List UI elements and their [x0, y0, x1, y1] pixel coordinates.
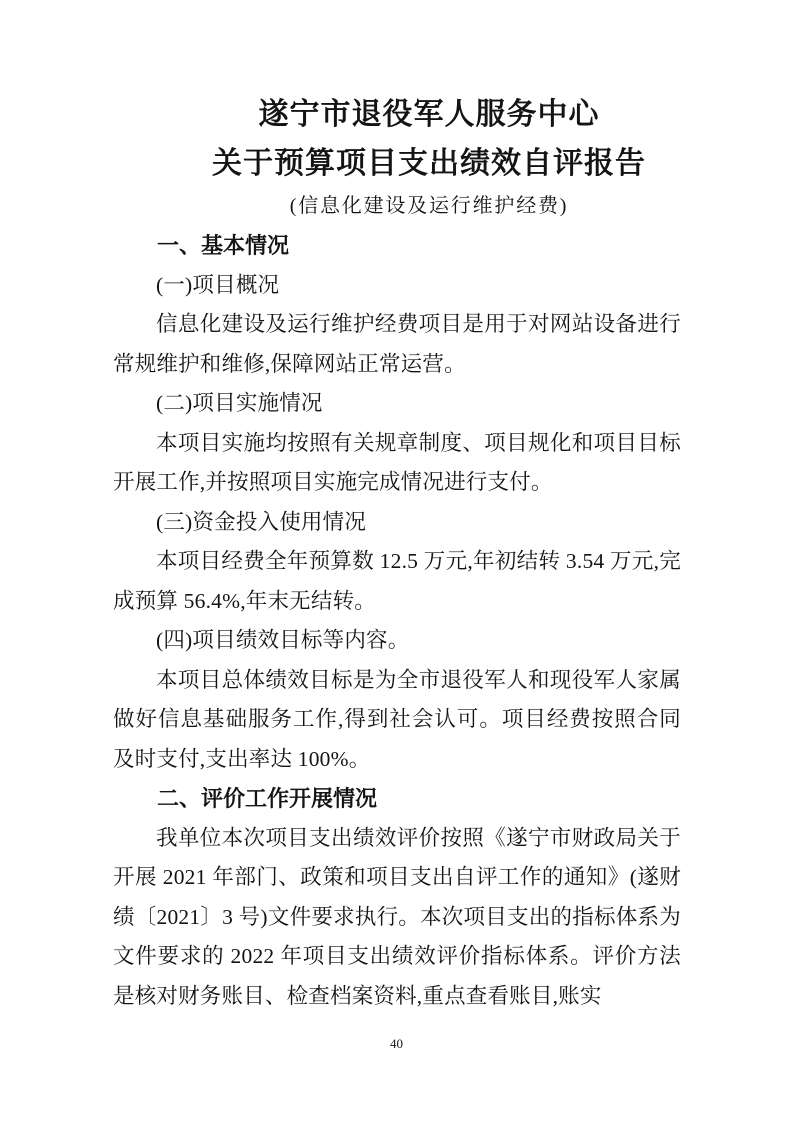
subsection-heading-fund-usage: (三)资金投入使用情况	[113, 503, 681, 543]
section-heading-evaluation-work: 二、评价工作开展情况	[113, 779, 681, 819]
section-heading-basic-situation: 一、基本情况	[113, 226, 681, 266]
paragraph-project-overview: 信息化建设及运行维护经费项目是用于对网站设备进行常规维护和维修,保障网站正常运营…	[113, 305, 681, 384]
document-page: 遂宁市退役军人服务中心 关于预算项目支出绩效自评报告 (信息化建设及运行维护经费…	[0, 0, 793, 1122]
document-title: 遂宁市退役军人服务中心 关于预算项目支出绩效自评报告	[113, 90, 681, 188]
paragraph-evaluation-work: 我单位本次项目支出绩效评价按照《遂宁市财政局关于开展 2021 年部门、政策和项…	[113, 819, 681, 1017]
document-content: 遂宁市退役军人服务中心 关于预算项目支出绩效自评报告 (信息化建设及运行维护经费…	[113, 90, 681, 1016]
paragraph-project-implementation: 本项目实施均按照有关规章制度、项目规化和项目目标开展工作,并按照项目实施完成情况…	[113, 424, 681, 503]
document-title-line-2: 关于预算项目支出绩效自评报告	[177, 139, 681, 188]
document-title-line-1: 遂宁市退役军人服务中心	[177, 90, 681, 139]
subsection-heading-project-overview: (一)项目概况	[113, 266, 681, 306]
subsection-heading-performance-targets: (四)项目绩效目标等内容。	[113, 621, 681, 661]
document-subtitle: (信息化建设及运行维护经费)	[113, 188, 681, 224]
paragraph-fund-usage: 本项目经费全年预算数 12.5 万元,年初结转 3.54 万元,完成预算 56.…	[113, 542, 681, 621]
paragraph-performance-targets: 本项目总体绩效目标是为全市退役军人和现役军人家属做好信息基础服务工作,得到社会认…	[113, 661, 681, 780]
page-number: 40	[0, 1036, 793, 1052]
subsection-heading-project-implementation: (二)项目实施情况	[113, 384, 681, 424]
